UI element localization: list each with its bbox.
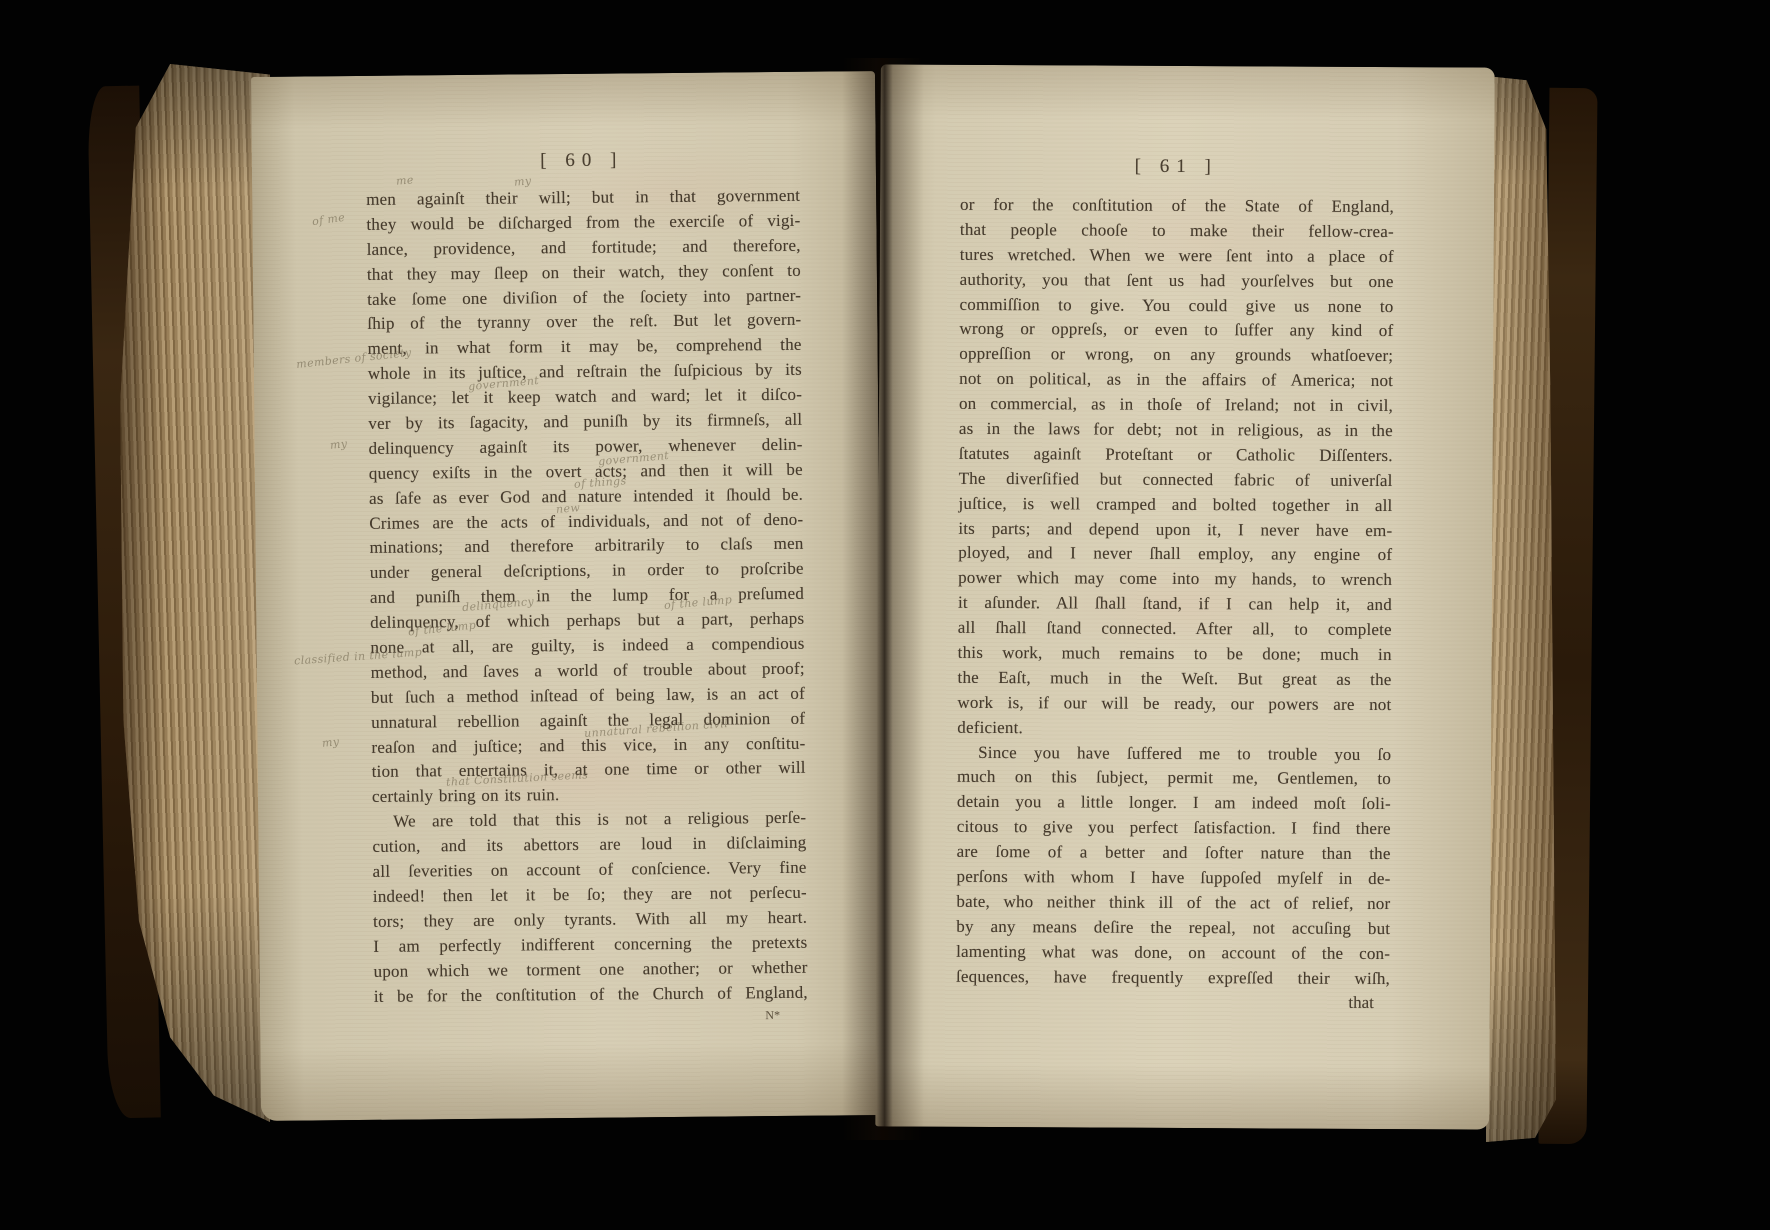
text-line: its parts; and depend upon it, I never h… — [958, 516, 1392, 543]
text-line: upon which we torment one another; or wh… — [373, 955, 807, 984]
text-line: or for the conſtitution of the State of … — [960, 193, 1394, 220]
text-line: lamenting what was done, on account of t… — [956, 940, 1390, 967]
text-line: this work, much remains to be done; much… — [958, 641, 1392, 668]
text-line: juſtice, is well cramped and bolted toge… — [958, 492, 1392, 519]
text-line: as in the laws for debt; not in religiou… — [959, 417, 1393, 444]
text-line: bate, who neither think ill of the act o… — [956, 890, 1390, 917]
text-line: commiſſion to give. You could give us no… — [959, 292, 1393, 319]
text-line: quency exiſts in the overt acts; and the… — [369, 458, 803, 487]
text-line: ſtatutes againſt Proteſtant or Catholic … — [959, 442, 1393, 469]
text-line: tion that entertains it, at one time or … — [372, 756, 806, 785]
text-line: they would be diſcharged from the exerci… — [366, 209, 800, 238]
text-line: ſequences, have frequently expreſſed the… — [956, 964, 1390, 991]
text-line: are ſome of a better and ſofter nature t… — [957, 840, 1391, 867]
text-line: it aſunder. All ſhall ſtand, if I can he… — [958, 591, 1392, 618]
text-line: power which may come into my hands, to w… — [958, 566, 1392, 593]
text-line: lance, providence, and fortitude; and th… — [367, 234, 801, 263]
text-line: it be for the conſtitution of the Church… — [374, 980, 808, 1009]
text-line: detain you a little longer. I am indeed … — [957, 790, 1391, 817]
left-page-text-column: men againſt their will; but in that gove… — [366, 184, 808, 1010]
text-line: authority, you that ſent us had yourſelv… — [960, 267, 1394, 294]
text-line: tors; they are only tyrants. With all my… — [373, 906, 807, 935]
left-page-number: [ 60 ] — [366, 148, 798, 174]
right-page: [ 61 ] or for the conſtitution of the St… — [875, 64, 1495, 1129]
catchword: that — [956, 991, 1388, 1013]
text-line: as ſafe as ever God and nature intended … — [369, 482, 803, 511]
text-line: ployed, and I never ſhall employ, any en… — [958, 541, 1392, 568]
text-line: by any means deſire the repeal, not accu… — [956, 915, 1390, 942]
text-line: that they may ſleep on their watch, they… — [367, 258, 801, 287]
text-line: The diverſified but connected fabric of … — [959, 467, 1393, 494]
text-line: but ſuch a method inſtead of being law, … — [371, 682, 805, 711]
signature-mark: N* — [374, 1008, 806, 1027]
left-page: [ 60 ] men againſt their will; but in th… — [251, 71, 885, 1121]
text-line: all ſhall ſtand connected. After all, to… — [958, 616, 1392, 643]
right-page-text-column: or for the conſtitution of the State of … — [956, 193, 1394, 992]
text-line: citous to give you perfect ſatisfaction.… — [957, 815, 1391, 842]
text-line: that people chooſe to make their fellow-… — [960, 218, 1394, 245]
text-line: the Eaſt, much in the Weſt. But great as… — [958, 666, 1392, 693]
page-edges-right — [1486, 76, 1556, 1142]
text-line: not on political, as in the affairs of A… — [959, 367, 1393, 394]
text-line: tures wretched. When we were ſent into a… — [960, 243, 1394, 270]
text-line: work is, if our will be ready, our power… — [957, 691, 1391, 718]
photo-of-open-book: [ 60 ] men againſt their will; but in th… — [0, 0, 1770, 1230]
text-line: much on this ſubject, permit me, Gentlem… — [957, 765, 1391, 792]
text-line: wrong or oppreſs, or even to ſuffer any … — [959, 317, 1393, 344]
text-line: I am perfectly indifferent concerning th… — [373, 930, 807, 959]
text-line: perſons with whom I have ſuppoſed myſelf… — [956, 865, 1390, 892]
right-page-number: [ 61 ] — [960, 155, 1392, 179]
text-line: on commercial, as in thoſe of Ireland; n… — [959, 392, 1393, 419]
text-line: Since you have ſuffered me to trouble yo… — [957, 740, 1391, 767]
text-line: deficient. — [957, 716, 1391, 743]
text-line: oppreſſion or wrong, on any grounds what… — [959, 342, 1393, 369]
text-line: unnatural rebellion againſt the legal do… — [371, 706, 805, 735]
